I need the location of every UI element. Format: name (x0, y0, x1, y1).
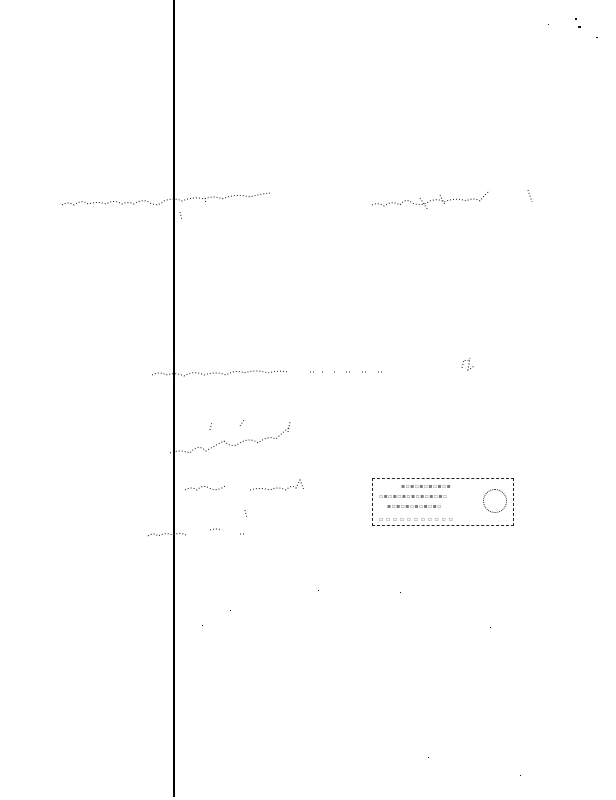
handwriting-body-1 (152, 371, 288, 376)
stamp-line-4: ▫ ▫ ▫ ▫ ▫ ▫ ▫ ▫ ▫ ▫ ▫ (379, 516, 453, 523)
handwriting-body-4 (148, 529, 246, 536)
handwriting-number (462, 358, 474, 370)
official-stamp: ▪▫▪▫▪▫▪▫▪▫▪ ▫▪▫▪▫▪▫▪▫▪▫▪▫▪▫ ▪▫▪▫▪▫▪▫▪▫▪▫… (372, 478, 514, 526)
handwriting-header-left (62, 193, 270, 205)
stamp-line-2: ▫▪▫▪▫▪▫▪▫▪▫▪▫▪▫ (379, 493, 448, 500)
stamp-line-3: ▪▫▪▫▪▫▪▫▪▫▪▫ (387, 503, 442, 510)
handwriting-layer (0, 0, 616, 800)
stamp-line-1: ▪▫▪▫▪▫▪▫▪▫▪ (401, 483, 451, 490)
handwriting-body-3 (185, 486, 225, 490)
stamp-seal-icon (483, 489, 507, 513)
handwriting-body-2 (170, 427, 290, 453)
handwriting-header-right (372, 191, 490, 206)
scanned-page: ▪▫▪▫▪▫▪▫▪▫▪ ▫▪▫▪▫▪▫▪▫▪▫▪▫▪▫ ▪▫▪▫▪▫▪▫▪▫▪▫… (0, 0, 616, 800)
